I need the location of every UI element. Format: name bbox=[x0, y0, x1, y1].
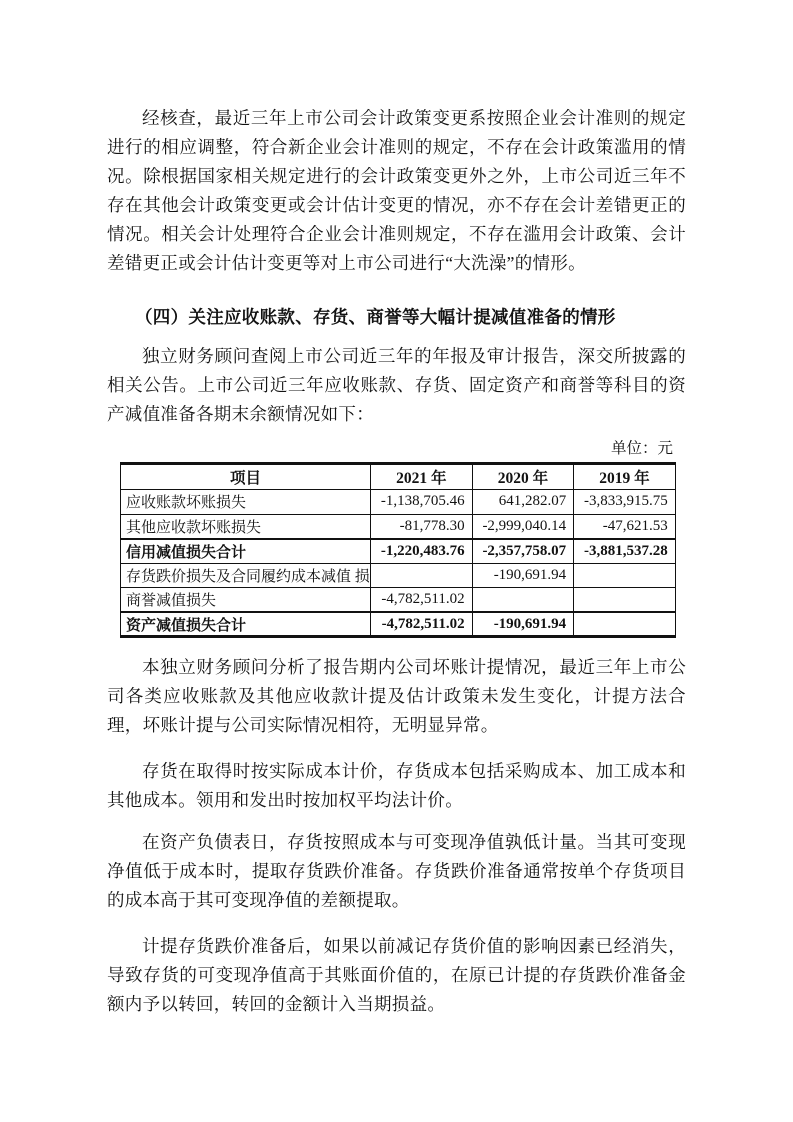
value-2019: -3,833,915.75 bbox=[574, 490, 676, 515]
row-label: 存货跌价损失及合同履约成本减值 损失 bbox=[121, 563, 371, 588]
value-2021 bbox=[371, 563, 473, 588]
section-heading-impairment: （四）关注应收账款、存货、商誉等大幅计提减值准备的情形 bbox=[107, 303, 686, 332]
value-2021: -4,782,511.02 bbox=[371, 588, 473, 613]
impairment-table: 项目 2021 年 2020 年 2019 年 应收账款坏账损失 -1,138,… bbox=[120, 462, 676, 638]
value-2021: -1,220,483.76 bbox=[371, 539, 473, 564]
value-2019 bbox=[574, 612, 676, 637]
unit-label: 单位：元 bbox=[120, 439, 675, 459]
value-2021: -81,778.30 bbox=[371, 514, 473, 539]
row-label: 信用减值损失合计 bbox=[121, 539, 371, 564]
body-paragraph-bad-debt-analysis: 本独立财务顾问分析了报告期内公司坏账计提情况，最近三年上市公司各类应收账款及其他… bbox=[107, 653, 686, 740]
row-label: 应收账款坏账损失 bbox=[121, 490, 371, 515]
row-label: 资产减值损失合计 bbox=[121, 612, 371, 637]
value-2020 bbox=[472, 588, 574, 613]
body-paragraph-writedown-reversal: 计提存货跌价准备后，如果以前减记存货价值的影响因素已经消失，导致存货的可变现净值… bbox=[107, 932, 686, 1019]
row-label: 商誉减值损失 bbox=[121, 588, 371, 613]
header-cell-2019: 2019 年 bbox=[574, 464, 676, 490]
table-row-receivables-bad-debt: 应收账款坏账损失 -1,138,705.46 641,282.07 -3,833… bbox=[121, 490, 676, 515]
header-cell-2021: 2021 年 bbox=[371, 464, 473, 490]
body-paragraph-inventory-cost: 存货在取得时按实际成本计价，存货成本包括采购成本、加工成本和其他成本。领用和发出… bbox=[107, 757, 686, 815]
impairment-table-block: 单位：元 项目 2021 年 2020 年 2019 年 应收账款坏账损失 bbox=[120, 439, 675, 638]
value-2021: -1,138,705.46 bbox=[371, 490, 473, 515]
value-2019 bbox=[574, 588, 676, 613]
table-header-row: 项目 2021 年 2020 年 2019 年 bbox=[121, 464, 676, 490]
header-cell-item: 项目 bbox=[121, 464, 371, 490]
value-2020: -2,357,758.07 bbox=[472, 539, 574, 564]
value-2019: -47,621.53 bbox=[574, 514, 676, 539]
document-page: 经核查，最近三年上市公司会计政策变更系按照企业会计准则的规定进行的相应调整，符合… bbox=[0, 0, 793, 1122]
table-row-inventory-writedown: 存货跌价损失及合同履约成本减值 损失 -190,691.94 bbox=[121, 563, 676, 588]
row-label: 其他应收款坏账损失 bbox=[121, 514, 371, 539]
value-2020: -2,999,040.14 bbox=[472, 514, 574, 539]
table-row-asset-impairment-total: 资产减值损失合计 -4,782,511.02 -190,691.94 bbox=[121, 612, 676, 637]
table-row-other-receivables-bad-debt: 其他应收款坏账损失 -81,778.30 -2,999,040.14 -47,6… bbox=[121, 514, 676, 539]
value-2021: -4,782,511.02 bbox=[371, 612, 473, 637]
table-row-goodwill-impairment: 商誉减值损失 -4,782,511.02 bbox=[121, 588, 676, 613]
value-2019 bbox=[574, 563, 676, 588]
value-2020: -190,691.94 bbox=[472, 563, 574, 588]
table-row-credit-impairment-total: 信用减值损失合计 -1,220,483.76 -2,357,758.07 -3,… bbox=[121, 539, 676, 564]
value-2020: -190,691.94 bbox=[472, 612, 574, 637]
body-paragraph-accounting-policy: 经核查，最近三年上市公司会计政策变更系按照企业会计准则的规定进行的相应调整，符合… bbox=[107, 104, 686, 278]
value-2020: 641,282.07 bbox=[472, 490, 574, 515]
body-paragraph-balance-sheet-date: 在资产负债表日，存货按照成本与可变现净值孰低计量。当其可变现净值低于成本时，提取… bbox=[107, 828, 686, 915]
header-cell-2020: 2020 年 bbox=[472, 464, 574, 490]
value-2019: -3,881,537.28 bbox=[574, 539, 676, 564]
body-paragraph-advisor-review: 独立财务顾问查阅上市公司近三年的年报及审计报告，深交所披露的相关公告。上市公司近… bbox=[107, 342, 686, 429]
